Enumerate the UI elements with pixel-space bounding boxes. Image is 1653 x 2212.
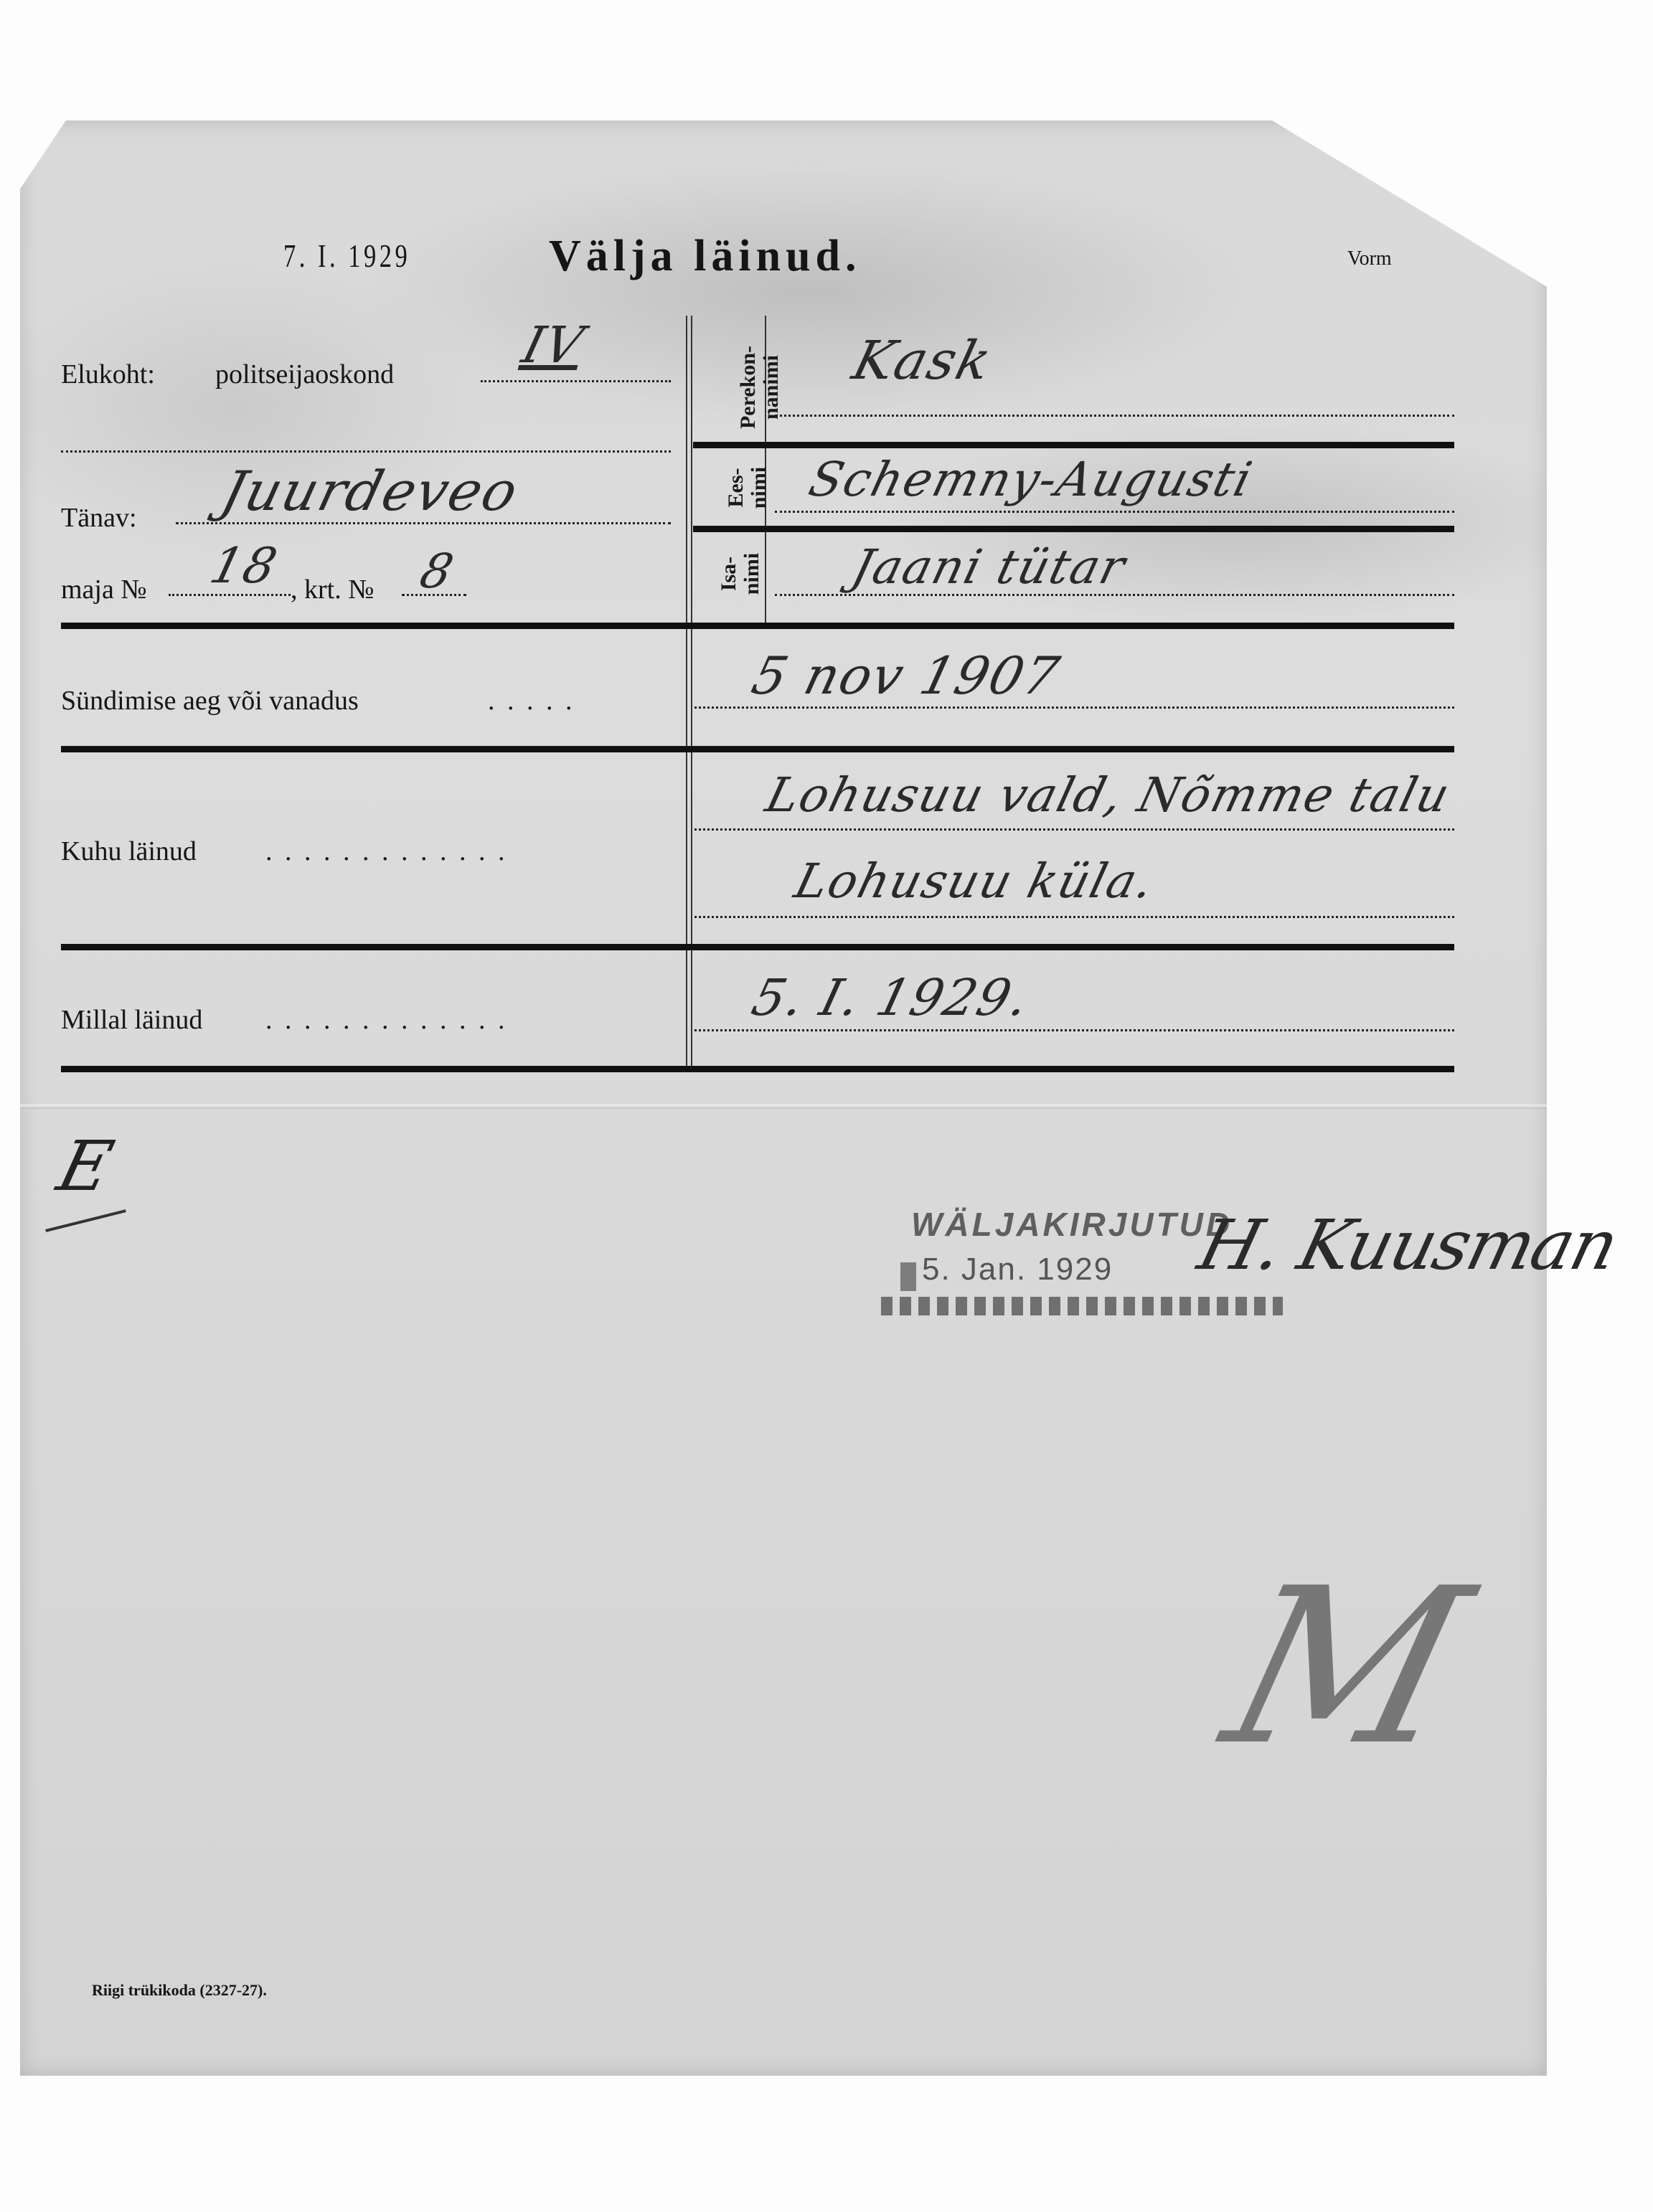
form-number-label: Vorm (1347, 247, 1392, 270)
birth-date-label: Sündimise aeg või vanadus (61, 685, 359, 717)
section-rule-3 (61, 944, 1454, 950)
surname-rule (693, 442, 1454, 448)
birth-date-value: 5 nov 1907 (746, 646, 1066, 706)
residence-extra-dotted-line (61, 450, 671, 453)
departure-date-leader: . . . . . . . . . . . . . (265, 1004, 508, 1036)
house-number-label: maja № (61, 574, 147, 605)
precinct-label: politseijaoskond (215, 359, 394, 390)
surname-dotted-line (775, 415, 1454, 417)
apartment-number-label: , krt. № (291, 574, 374, 605)
official-signature: H. Kuusman (1191, 1205, 1625, 1285)
birth-date-dotted-line (694, 706, 1454, 709)
destination-dotted-line-2 (694, 916, 1454, 918)
printer-footer: Riigi trükikoda (2327-27). (92, 1981, 267, 2000)
street-label: Tänav: (61, 502, 137, 534)
column-divider-left (686, 316, 687, 1069)
section-rule-2 (61, 746, 1454, 752)
destination-value-line-2: Lohusuu küla. (789, 854, 1161, 909)
first-name-value: Schemny-Augusti (804, 452, 1258, 507)
precinct-dotted-line (481, 380, 671, 382)
destination-value-line-1: Lohusuu vald, Nõmme talu (760, 767, 1456, 823)
first-name-dotted-line (775, 511, 1454, 513)
column-divider-right (691, 316, 692, 1069)
section-rule-4 (61, 1066, 1454, 1072)
first-name-rule (693, 526, 1454, 532)
patronymic-dotted-line (775, 594, 1454, 596)
destination-dotted-line-1 (694, 828, 1454, 831)
stamp-marker (900, 1262, 916, 1291)
form-title: Välja läinud. (549, 231, 862, 282)
street-value: Juurdeveo (215, 459, 525, 523)
stamp-date: 5. Jan. 1929 (922, 1252, 1113, 1287)
destination-leader: . . . . . . . . . . . . . (265, 836, 508, 867)
patronymic-label: Isa- nimi (717, 524, 768, 624)
surname-value: Kask (847, 330, 999, 392)
departure-date-label: Millal läinud (61, 1004, 202, 1036)
received-date-stamp: 7. I. 1929 (283, 237, 410, 275)
birth-date-leader: . . . . . (488, 685, 575, 717)
stamp-bar (881, 1297, 1283, 1315)
departure-date-dotted-line (694, 1029, 1454, 1031)
residence-label: Elukoht: (61, 359, 155, 390)
destination-label: Kuhu läinud (61, 836, 197, 867)
patronymic-value: Jaani tütar (847, 539, 1131, 595)
departure-date-value: 5. I. 1929. (746, 968, 1036, 1027)
section-rule-1 (61, 623, 1454, 629)
paper-fold-crease (20, 1105, 1547, 1109)
stamp-title: WÄLJAKIRJUTUD (911, 1205, 1233, 1244)
